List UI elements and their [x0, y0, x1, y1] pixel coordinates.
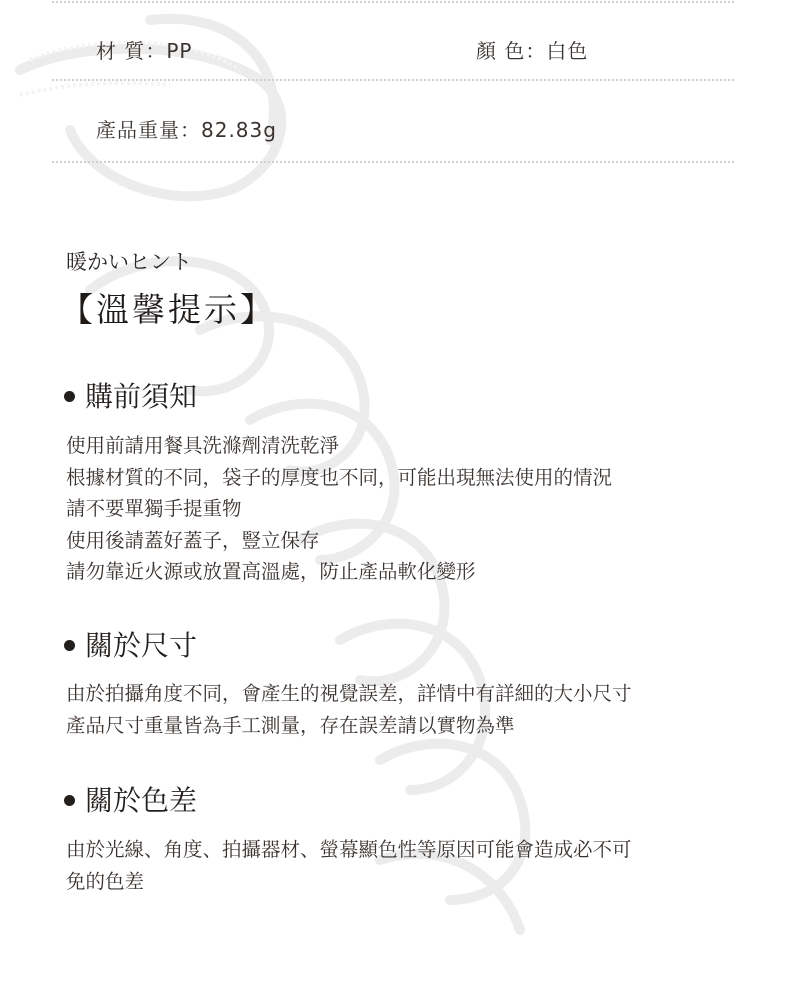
- product-detail-page: 材 質：PP 顏 色：白色 產品重量：82.83g 暖かいヒント 【溫馨提示】 …: [0, 0, 786, 1000]
- bullet-icon: [64, 391, 75, 402]
- tips-subtitle: 暖かいヒント: [66, 246, 192, 276]
- spec-color-value: 白色: [546, 39, 588, 63]
- section-heading-text: 關於尺寸: [85, 624, 197, 664]
- body-line: 由於光線、角度、拍攝器材、螢幕顯色性等原因可能會造成必不可: [66, 834, 632, 866]
- spec-weight-label: 產品重量：: [96, 118, 201, 142]
- tips-title: 【溫馨提示】: [60, 284, 276, 331]
- body-line: 請勿靠近火源或放置高溫處，防止產品軟化變形: [66, 556, 612, 588]
- divider: [52, 79, 734, 81]
- spec-color: 顏 色：白色: [476, 35, 588, 64]
- spec-weight: 產品重量：82.83g: [96, 114, 277, 143]
- divider: [52, 161, 734, 163]
- section-heading-color-difference: 關於色差: [64, 779, 197, 819]
- spec-material-label: 材 質：: [96, 39, 166, 63]
- bullet-icon: [64, 795, 75, 806]
- section-body-size: 由於拍攝角度不同，會產生的視覺誤差，詳情中有詳細的大小尺寸 產品尺寸重量皆為手工…: [66, 678, 632, 741]
- divider: [52, 1, 734, 3]
- section-heading-before-purchase: 購前須知: [64, 375, 197, 415]
- spec-material-value: PP: [166, 39, 192, 63]
- section-body-before-purchase: 使用前請用餐具洗滌劑清洗乾淨 根據材質的不同，袋子的厚度也不同，可能出現無法使用…: [66, 430, 612, 588]
- spec-color-label: 顏 色：: [476, 39, 546, 63]
- body-line: 請不要單獨手提重物: [66, 493, 612, 525]
- section-heading-text: 關於色差: [85, 779, 197, 819]
- section-heading-text: 購前須知: [85, 375, 197, 415]
- body-line: 使用前請用餐具洗滌劑清洗乾淨: [66, 430, 612, 462]
- section-heading-size: 關於尺寸: [64, 624, 197, 664]
- body-line: 由於拍攝角度不同，會產生的視覺誤差，詳情中有詳細的大小尺寸: [66, 678, 632, 710]
- body-line: 免的色差: [66, 866, 632, 898]
- spec-material: 材 質：PP: [96, 35, 192, 64]
- body-line: 使用後請蓋好蓋子，豎立保存: [66, 525, 612, 557]
- body-line: 產品尺寸重量皆為手工測量，存在誤差請以實物為準: [66, 710, 632, 742]
- bullet-icon: [64, 640, 75, 651]
- body-line: 根據材質的不同，袋子的厚度也不同，可能出現無法使用的情況: [66, 462, 612, 494]
- section-body-color-difference: 由於光線、角度、拍攝器材、螢幕顯色性等原因可能會造成必不可 免的色差: [66, 834, 632, 897]
- spec-weight-value: 82.83g: [201, 118, 277, 142]
